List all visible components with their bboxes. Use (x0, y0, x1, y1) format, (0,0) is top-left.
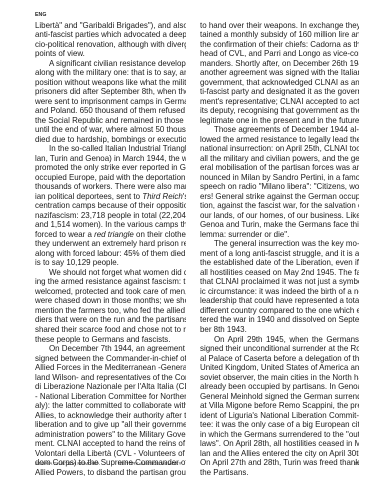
text-line: anti-fascist parties which advocated a d… (35, 30, 186, 40)
text-line: ber 8th 1943. (200, 325, 359, 335)
text-line: the Social Republic and remained in thos… (35, 116, 186, 126)
text-line: promoted the only strike ever reported i… (35, 163, 186, 173)
text-line: General Meinhold signed the German surre… (200, 392, 359, 402)
text-line: points of view. (35, 49, 186, 59)
paragraph: The general insurrection was the key mo-… (200, 239, 359, 334)
text-line: Libertà" and "Garibaldi Brigades"), and … (35, 21, 186, 31)
text-line: died due to hardship, bombings or execut… (35, 135, 186, 145)
text-line: government, that acknowledged CLNAI as a… (200, 78, 359, 88)
text-line: - National Liberation Committee for Nort… (35, 392, 186, 402)
text-line: welcomed, protected and took care of men… (35, 287, 186, 297)
text-line: that CLNAI proclaimed it was not just a … (200, 277, 359, 287)
paragraph: Those agreements of December 1944 al-low… (200, 125, 359, 239)
paragraph: On December 7th 1944, an agreement wassi… (35, 344, 186, 477)
text-line: tered the war in 1940 and dissolved on S… (200, 315, 359, 325)
text-line: al Palace of Caserta before a delegation… (200, 354, 359, 364)
text-line: prisoners did after September 8th, when … (35, 87, 186, 97)
text-line: land Wilson- and representatives of the … (35, 373, 186, 383)
text-line: lan and the Allies entered the city on A… (200, 449, 359, 459)
footer-publication-title-it: STORIA GIUSTIZIA MEMORIA (35, 461, 100, 466)
text-line: were chased down in those months; we sho… (35, 296, 186, 306)
page-number: 37 (354, 461, 359, 466)
text-line: these people to Germans and fascists. (35, 335, 186, 345)
text-line: our lands, of our homes, of our business… (200, 211, 359, 221)
text-line: eral mobilisation of the partisan forces… (200, 163, 359, 173)
text-line: United Kingdom, United States of America… (200, 363, 359, 373)
text-line: national insurrection: on April 25th, CL… (200, 144, 359, 154)
text-line: another agreement was signed with the It… (200, 68, 359, 78)
text-line: were sent to imprisonment camps in Germa… (35, 97, 186, 107)
paragraph: A significant civilian resistance develo… (35, 59, 186, 145)
text-line: ment of a long anti-fascist struggle, an… (200, 249, 359, 259)
text-line: all the military and civilian powers, an… (200, 154, 359, 164)
text-line: nounced in Milan by Sandro Pertini, in a… (200, 173, 359, 183)
text-line: is to say 10,129 people. (35, 258, 186, 268)
text-line: thousands of workers. There were also ma… (35, 182, 186, 192)
text-line: position without weapons like what the m… (35, 78, 186, 88)
text-line: ment's representative; CLNAI accepted to… (200, 97, 359, 107)
paragraph: In the so-called Italian Industrial Tria… (35, 144, 186, 268)
text-line: On April 27th and 28th, Turin was freed … (200, 458, 359, 468)
text-line: Allied Forces in the Mediterranean -Gene… (35, 363, 186, 373)
paragraph: Libertà" and "Garibaldi Brigades"), and … (35, 21, 186, 59)
text-line: ment. CLNAI accepted to hand the reins o… (35, 439, 186, 449)
text-line: ian political deportees, sent to Third R… (35, 192, 186, 202)
text-line: In the so-called Italian Industrial Tria… (35, 144, 186, 154)
text-line: nazifascism: 23,718 people in total (22,… (35, 211, 186, 221)
text-line: and Poland. 650 thousand of them refused… (35, 106, 186, 116)
text-line: ti-fascist party and designated it as th… (200, 87, 359, 97)
text-line: tion, against the fascist war, for the s… (200, 201, 359, 211)
text-line: until the end of war, where almost 50 th… (35, 125, 186, 135)
text-line: all hostilities ceased on May 2nd 1945. … (200, 268, 359, 278)
text-line: We should not forget what women did dur- (35, 268, 186, 278)
text-line: the Partisans. (200, 468, 359, 478)
text-line: different country compared to the one wh… (200, 306, 359, 316)
text-line: head of CVL, and Parri and Longo as vice… (200, 49, 359, 59)
text-column-left: Libertà" and "Garibaldi Brigades"), and … (35, 21, 186, 478)
text-line: ic circumstance: it was indeed the birth… (200, 287, 359, 297)
text-line: Allies, to acknowledge their authority a… (35, 411, 186, 421)
text-line: ing the armed resistance against fascism… (35, 277, 186, 287)
text-line: forced to wear a red triangle on their c… (35, 230, 186, 240)
text-line: On December 7th 1944, an agreement was (35, 344, 186, 354)
paragraph: We should not forget what women did dur-… (35, 268, 186, 344)
text-line: mention the farmers too, who fed the all… (35, 306, 186, 316)
text-line: the established date of the Liberation, … (200, 258, 359, 268)
text-line: and 1,514 women). In the various camps t… (35, 220, 186, 230)
text-line: at Villa Migone before Remo Scappini, th… (200, 401, 359, 411)
text-line: Those agreements of December 1944 al- (200, 125, 359, 135)
text-line: administration powers" to the Military G… (35, 430, 186, 440)
text-line: leadership that could have represented a… (200, 296, 359, 306)
text-line: lowed the armed resistance to legally le… (200, 135, 359, 145)
language-label: ENG (35, 12, 47, 18)
text-line: signed between the Commander-in-chief of… (35, 354, 186, 364)
paragraph: to hand over their weapons. In exchange … (200, 21, 359, 126)
text-line: aly): the latter committed to collaborat… (35, 401, 186, 411)
text-line: liberation and to give up "all their gov… (35, 420, 186, 430)
text-line: Genoa and Turin, make the Germans face t… (200, 220, 359, 230)
text-line: Volontari della Libertà (CVL - Volunteer… (35, 449, 186, 459)
text-line: A significant civilian resistance develo… (35, 59, 186, 69)
text-line: di Liberazione Nazionale per l'Alta Ital… (35, 382, 186, 392)
text-line: soviet observer, the main cities in the … (200, 373, 359, 383)
text-line: cio-political renovation, although with … (35, 40, 186, 50)
text-line: manders. Shortly after, on December 26th… (200, 59, 359, 69)
text-line: already been occupied by partisans. In G… (200, 382, 359, 392)
text-line: its deputy, recognising that government … (200, 106, 359, 116)
text-line: On April 29th 1945, when the Germans (200, 335, 359, 345)
text-line: tained a monthly subsidy of 160 million … (200, 30, 359, 40)
text-line: Allied Powers, to disband the partisan g… (35, 468, 186, 478)
text-line: signed their unconditional surrender at … (200, 344, 359, 354)
text-line: along with the military one: that is to … (35, 68, 186, 78)
text-line: shared their scarce food and chose not t… (35, 325, 186, 335)
text-line: ident of Liguria's National Liberation C… (200, 411, 359, 421)
text-line: to hand over their weapons. In exchange … (200, 21, 359, 31)
text-line: laws". On April 28th, all hostilities ce… (200, 439, 359, 449)
text-line: legitimate one in the present and in the… (200, 116, 359, 126)
text-line: the confirmation of their chiefs: Cadorn… (200, 40, 359, 50)
text-column-right: to hand over their weapons. In exchange … (200, 21, 359, 478)
paragraph: On April 29th 1945, when the Germanssign… (200, 335, 359, 478)
text-line: in which the Germans surrendered to the … (200, 430, 359, 440)
text-line: The general insurrection was the key mo- (200, 239, 359, 249)
text-line: diers that were on the run and the parti… (35, 315, 186, 325)
footer-publication-title-en: HISTORY JUSTICE MEMORY (118, 461, 182, 466)
text-line: lan, Turin and Genoa) in March 1944, the… (35, 154, 186, 164)
text-line: along with forced labour: 45% of them di… (35, 249, 186, 259)
text-line: occupied Europe, paid with the deportati… (35, 173, 186, 183)
text-line: centration camps because of their opposi… (35, 201, 186, 211)
text-line: tee: it was the only case of a big Europ… (200, 420, 359, 430)
text-line: speech on radio "Milano libera": "Citize… (200, 182, 359, 192)
text-line: they underwent an extremely hard prison … (35, 239, 186, 249)
text-line: ers! General strike against the German o… (200, 192, 359, 202)
text-line: lemma: surrender or die". (200, 230, 359, 240)
